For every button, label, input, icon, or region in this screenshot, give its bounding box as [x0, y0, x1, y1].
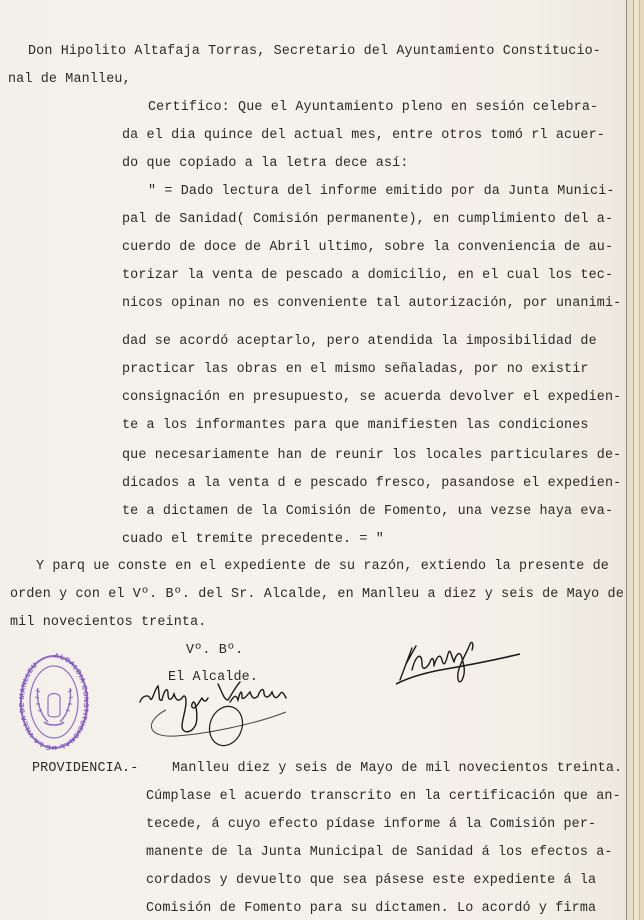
body-line: da el dia quince del actual mes, entre o…	[122, 128, 605, 144]
quoted-line: practicar las obras en el mismo señalada…	[122, 362, 589, 378]
closing-line: orden y con el Vº. Bº. del Sr. Alcalde, …	[10, 587, 624, 603]
certifico-line: Certifico: Que el Ayuntamiento pleno en …	[148, 100, 598, 116]
municipal-stamp: ALCALDIA CONSTITUCIONAL DE LA VILLA DE M…	[18, 652, 90, 750]
closing-line: mil novecientos treinta.	[10, 615, 206, 631]
quoted-line: consignación en presupuesto, se acuerda …	[122, 390, 621, 406]
quoted-line: dad se acordó aceptarlo, pero atendida l…	[122, 334, 597, 350]
quoted-line: cuado el tremite precedente. = "	[122, 532, 384, 548]
quoted-line: pal de Sanidad( Comisión permanente), en…	[122, 212, 613, 228]
mayor-signature	[136, 680, 296, 750]
providencia-heading: PROVIDENCIA.-	[32, 761, 138, 777]
page-edge	[640, 0, 644, 920]
quoted-line: cuerdo de doce de Abril ultimo, sobre la…	[122, 240, 613, 256]
providencia-line: Manlleu diez y seis de Mayo de mil novec…	[172, 761, 622, 777]
quoted-line: " = Dado lectura del informe emitido por…	[148, 184, 615, 200]
providencia-line: tecede, á cuyo efecto pídase informe á l…	[146, 817, 596, 833]
quoted-line: torizar la venta de pescado a domicilio,…	[122, 268, 613, 284]
quoted-line: te a los informantes para que manifieste…	[122, 418, 589, 434]
providencia-line: cordados y devuelto que sea pásese este …	[146, 873, 596, 889]
quoted-line: nicos opinan no es conveniente tal autor…	[122, 296, 621, 312]
quoted-line: que necesariamente han de reunir los loc…	[122, 448, 621, 464]
quoted-line: dicados a la venta d e pescado fresco, p…	[122, 476, 621, 492]
intro-line: Don Hipolito Altafaja Torras, Secretario…	[28, 44, 601, 60]
secretary-signature	[386, 636, 536, 688]
providencia-line: manente de la Junta Municipal de Sanidad…	[146, 845, 613, 861]
closing-line: Y parq ue conste en el expediente de su …	[36, 559, 609, 575]
providencia-line: Comisión de Fomento para su dictamen. Lo…	[146, 901, 596, 917]
providencia-line: Cúmplase el acuerdo transcrito en la cer…	[146, 789, 621, 805]
body-line: do que copiado a la letra dece así:	[122, 156, 409, 172]
intro-line: nal de Manlleu,	[8, 72, 131, 88]
quoted-line: te a dictamen de la Comisión de Fomento,…	[122, 504, 613, 520]
visto-bueno-label: Vº. Bº.	[186, 643, 243, 659]
